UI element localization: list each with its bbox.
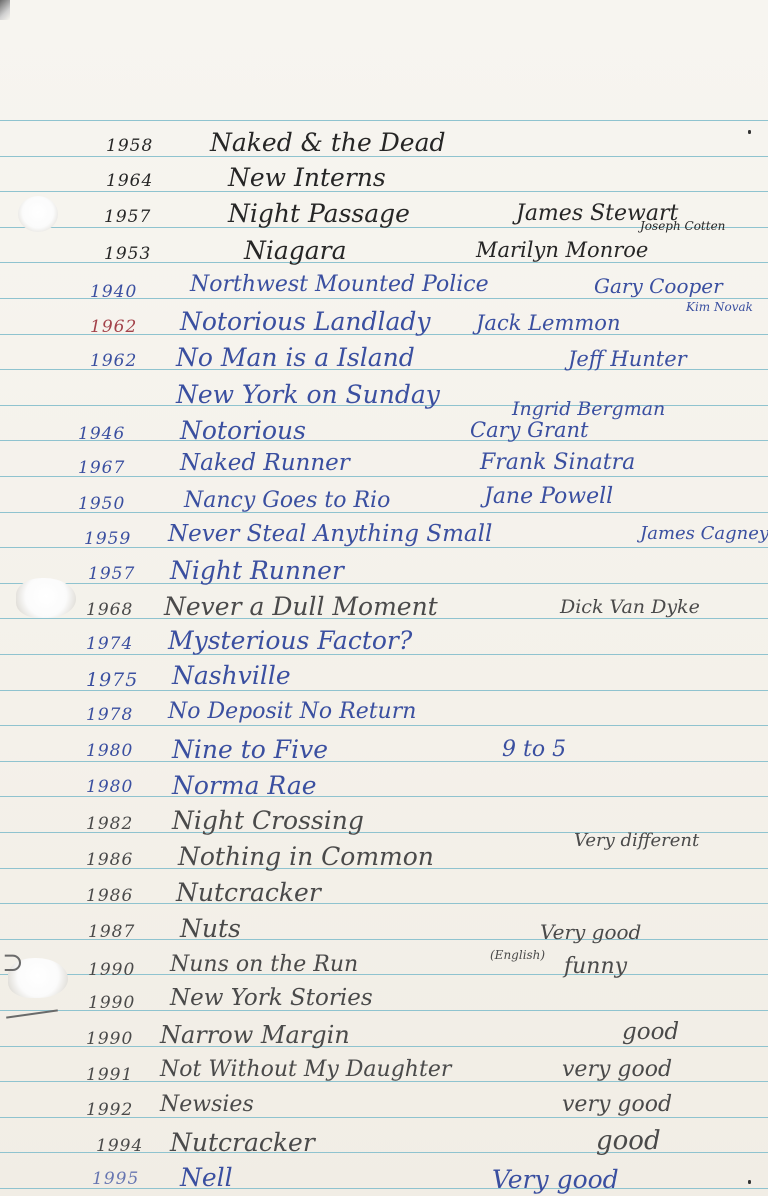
entry-year: 1994 (96, 1136, 143, 1156)
list-item: 1964 New Interns (0, 163, 768, 199)
list-item: 1959 Never Steal Anything Small James Ca… (0, 519, 768, 555)
entry-title: Naked & the Dead (210, 128, 446, 157)
list-item: 1987 Nuts Very good (0, 912, 768, 948)
list-item: New York on Sunday Ingrid Bergman (0, 376, 768, 412)
entry-title: Nashville (172, 661, 291, 690)
entry-year: 1980 (86, 777, 133, 797)
list-item: 1950 Nancy Goes to Rio Jane Powell (0, 484, 768, 520)
list-item: 1974 Mysterious Factor? (0, 626, 768, 662)
entry-title: Night Crossing (172, 806, 364, 835)
entry-note: very good (562, 1057, 672, 1082)
entry-title: Norma Rae (172, 771, 317, 800)
list-item: 1957 Night Runner (0, 554, 768, 590)
entry-title: Notorious Landlady (180, 307, 431, 336)
entry-actor: Jack Lemmon (476, 311, 620, 335)
entry-title: Northwest Mounted Police (190, 272, 489, 297)
entry-year: 1950 (78, 494, 125, 514)
entry-year: 1940 (90, 282, 137, 302)
entry-year: 1953 (104, 244, 151, 264)
entry-year: 1946 (78, 424, 125, 444)
entry-actor: Cary Grant (470, 418, 588, 442)
entry-title: Nell (180, 1163, 233, 1192)
entry-note: Very different (574, 832, 714, 850)
list-item: 1995 Nell Very good (0, 1161, 768, 1196)
entry-title: Narrow Margin (160, 1021, 350, 1049)
entry-year: 1991 (86, 1065, 133, 1085)
entry-year: 1957 (104, 207, 151, 227)
entry-year: 1986 (86, 886, 133, 906)
list-item: 1978 No Deposit No Return (0, 697, 768, 733)
entry-title: Newsies (160, 1092, 254, 1117)
entry-year: 1978 (86, 705, 133, 725)
list-item: 1986 Nutcracker (0, 876, 768, 912)
entry-year: 1962 (90, 351, 137, 371)
list-item: 1994 Nutcracker good (0, 1126, 768, 1162)
entry-title: Nutcracker (170, 1128, 315, 1157)
entry-actor: James Cagney (640, 523, 768, 544)
list-item: 1990 Nuns on the Run (English) funny (0, 948, 768, 984)
entry-year: 1959 (84, 529, 131, 549)
entry-note: 9 to 5 (502, 737, 566, 762)
entry-title: Notorious (180, 416, 306, 445)
entry-actor: Jeff Hunter (568, 347, 687, 371)
entry-title: Nancy Goes to Rio (184, 488, 390, 513)
entry-title: Never Steal Anything Small (168, 521, 492, 547)
list-item: 1975 Nashville (0, 661, 768, 697)
list-item: 1986 Nothing in Common Very different (0, 840, 768, 876)
entry-actor: Dick Van Dyke (560, 596, 700, 618)
list-item: 1992 Newsies very good (0, 1090, 768, 1126)
entry-actor: Marilyn Monroe (476, 238, 648, 262)
entry-year: 1974 (86, 634, 133, 654)
notebook-page: ⊃ 1958 Naked & the Dead 1964 New Interns… (0, 0, 768, 1196)
page-corner-fold (0, 0, 10, 20)
entry-actor-secondary: Joseph Cotten (640, 219, 725, 233)
entry-actor: Jane Powell (484, 484, 613, 509)
list-item: 1990 Narrow Margin good (0, 1019, 768, 1055)
entry-note: good (596, 1126, 661, 1156)
list-item: 1967 Naked Runner Frank Sinatra (0, 448, 768, 484)
entry-year: 1986 (86, 850, 133, 870)
entry-year: 1990 (88, 993, 135, 1013)
entry-title: New Interns (228, 163, 386, 192)
entry-year: 1980 (86, 741, 133, 761)
entry-title: Never a Dull Moment (164, 592, 438, 621)
entry-year: 1962 (90, 317, 137, 337)
list-item: 1962 Notorious Landlady Jack Lemmon (0, 305, 768, 341)
entry-title: Naked Runner (180, 450, 350, 476)
entry-title: New York on Sunday (176, 380, 440, 409)
entry-year: 1995 (92, 1169, 139, 1189)
entry-title: Nutcracker (176, 878, 321, 907)
entry-actor: Gary Cooper (594, 274, 723, 298)
entry-year: 1982 (86, 814, 133, 834)
rule-line (0, 120, 768, 121)
entry-title: Nuts (180, 914, 241, 943)
entry-year: 1990 (86, 1029, 133, 1049)
entry-note: good (622, 1019, 679, 1045)
entry-year: 1967 (78, 458, 125, 478)
entry-year: 1958 (106, 136, 153, 156)
entry-year: 1975 (86, 669, 138, 691)
entry-title: Nine to Five (172, 735, 328, 764)
list-item: 1957 Night Passage James Stewart Joseph … (0, 199, 768, 235)
list-item: 1953 Niagara Marilyn Monroe (0, 234, 768, 270)
entry-title: Nuns on the Run (170, 952, 358, 977)
entry-note: Very good (492, 1165, 619, 1194)
list-item: 1940 Northwest Mounted Police Gary Coope… (0, 270, 768, 306)
list-item: 1962 No Man is a Island Jeff Hunter (0, 341, 768, 377)
entry-note: funny (564, 954, 627, 979)
entry-year: 1990 (88, 960, 135, 980)
entry-year: 1992 (86, 1100, 133, 1120)
list-item: 1958 Naked & the Dead (0, 128, 768, 164)
entry-note: very good (562, 1092, 672, 1117)
list-item: 1991 Not Without My Daughter very good (0, 1055, 768, 1091)
entry-year: 1964 (106, 171, 153, 191)
entry-title: Nothing in Common (178, 842, 434, 871)
entry-title: No Man is a Island (176, 343, 415, 372)
entry-title: Mysterious Factor? (168, 626, 412, 655)
list-item: 1980 Norma Rae (0, 769, 768, 805)
entry-title: New York Stories (170, 985, 373, 1011)
entry-actor: Frank Sinatra (480, 450, 635, 475)
entry-title: No Deposit No Return (168, 699, 416, 724)
entry-year: 1987 (88, 922, 135, 942)
entry-note: Very good (540, 920, 641, 944)
entry-year: 1968 (86, 600, 133, 620)
entry-title: Not Without My Daughter (160, 1057, 451, 1082)
list-item: 1990 New York Stories (0, 983, 768, 1019)
entry-title: Night Passage (228, 199, 410, 228)
entry-year: 1957 (88, 564, 135, 584)
entry-title: Night Runner (170, 556, 344, 585)
list-item: 1980 Nine to Five 9 to 5 (0, 733, 768, 769)
entry-note-secondary: (English) (490, 948, 545, 962)
list-item: 1946 Notorious Cary Grant (0, 412, 768, 448)
entry-title: Niagara (244, 236, 347, 265)
list-item: 1968 Never a Dull Moment Dick Van Dyke (0, 590, 768, 626)
